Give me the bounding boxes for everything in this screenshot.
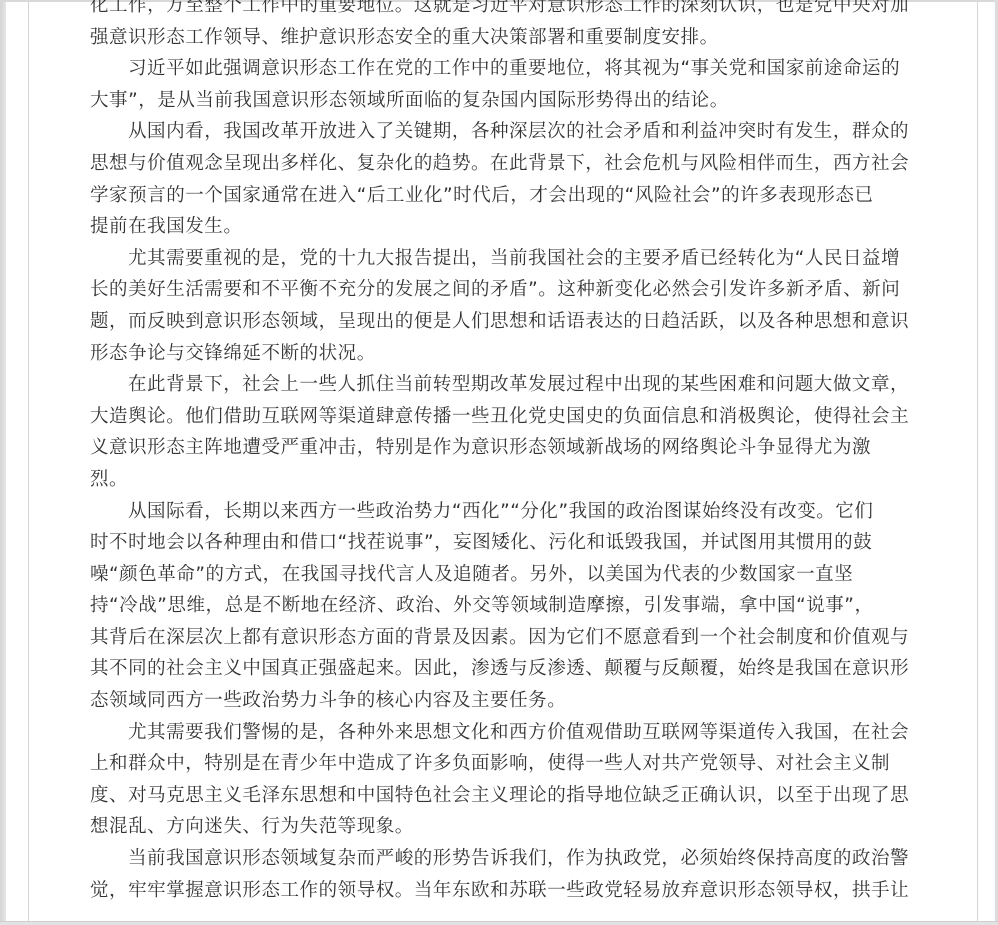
paragraph: 在此背景下，社会上一些人抓住当前转型期改革发展过程中出现的某些困难和问题大做文章… <box>90 369 920 495</box>
text-line: 时不时地会以各种理由和借口“找茬说事”，妄图矮化、污化和诋毁我国，并试图用其惯用… <box>90 527 920 559</box>
paragraph: 从国际看，长期以来西方一些政治势力“西化”“分化”我国的政治图谋始终没有改变。它… <box>90 496 920 717</box>
text-line: 强意识形态工作领导、维护意识形态安全的重大决策部署和重要制度安排。 <box>90 22 920 54</box>
text-line: 义意识形态主阵地遭受严重冲击，特别是作为意识形态领域新战场的网络舆论斗争显得尤为… <box>90 432 920 464</box>
text-line: 大造舆论。他们借助互联网等渠道肆意传播一些丑化党史国史的负面信息和消极舆论，使得… <box>90 401 920 433</box>
text-line: 习近平如此强调意识形态工作在党的工作中的重要地位，将其视为“事关党和国家前途命运… <box>90 53 920 85</box>
text-line: 形态争论与交锋绵延不断的状况。 <box>90 338 920 370</box>
text-line: 尤其需要重视的是，党的十九大报告提出，当前我国社会的主要矛盾已经转化为“人民日益… <box>90 243 920 275</box>
right-margin-guide <box>977 0 978 921</box>
text-line: 想混乱、方向迷失、行为失范等现象。 <box>90 811 920 843</box>
text-line: 在此背景下，社会上一些人抓住当前转型期改革发展过程中出现的某些困难和问题大做文章… <box>90 369 920 401</box>
text-line: 尤其需要我们警惕的是，各种外来思想文化和西方价值观借助互联网等渠道传入我国，在社… <box>90 717 920 749</box>
document-viewport: 化工作，万至整个工作中的重要地位。这就是习近平对意识形态工作的深刻认识，也是党中… <box>0 0 998 925</box>
text-line: 化工作，万至整个工作中的重要地位。这就是习近平对意识形态工作的深刻认识，也是党中… <box>90 0 920 22</box>
paragraph: 当前我国意识形态领域复杂而严峻的形势告诉我们，作为执政党，必须始终保持高度的政治… <box>90 843 920 906</box>
text-line: 从国内看，我国改革开放进入了关键期，各种深层次的社会矛盾和利益冲突时有发生，群众… <box>90 116 920 148</box>
text-line: 噪“颜色革命”的方式，在我国寻找代言人及追随者。另外，以美国为代表的少数国家一直… <box>90 559 920 591</box>
text-line: 大事”，是从当前我国意识形态领域所面临的复杂国内国际形势得出的结论。 <box>90 85 920 117</box>
left-margin-guide <box>28 0 29 921</box>
document-body: 化工作，万至整个工作中的重要地位。这就是习近平对意识形态工作的深刻认识，也是党中… <box>90 0 920 906</box>
text-line: 其背后在深层次上都有意识形态方面的背景及因素。因为它们不愿意看到一个社会制度和价… <box>90 622 920 654</box>
text-line: 学家预言的一个国家通常在进入“后工业化”时代后，才会出现的“风险社会”的许多表现… <box>90 180 920 212</box>
text-line: 思想与价值观念呈现出多样化、复杂化的趋势。在此背景下，社会危机与风险相伴而生，西… <box>90 148 920 180</box>
text-line: 当前我国意识形态领域复杂而严峻的形势告诉我们，作为执政党，必须始终保持高度的政治… <box>90 843 920 875</box>
left-window-edge <box>0 0 6 925</box>
text-line: 持“冷战”思维，总是不断地在经济、政治、外交等领域制造摩擦，引发事端，拿中国“说… <box>90 590 920 622</box>
text-line: 度、对马克思主义毛泽东思想和中国特色社会主义理论的指导地位缺乏正确认识，以至于出… <box>90 780 920 812</box>
text-line: 态领域同西方一些政治势力斗争的核心内容及主要任务。 <box>90 685 920 717</box>
text-line: 提前在我国发生。 <box>90 211 920 243</box>
paragraph: 尤其需要重视的是，党的十九大报告提出，当前我国社会的主要矛盾已经转化为“人民日益… <box>90 243 920 369</box>
text-line: 烈。 <box>90 464 920 496</box>
paragraph: 习近平如此强调意识形态工作在党的工作中的重要地位，将其视为“事关党和国家前途命运… <box>90 53 920 116</box>
paragraph: 化工作，万至整个工作中的重要地位。这就是习近平对意识形态工作的深刻认识，也是党中… <box>90 0 920 53</box>
text-line: 觉，牢牢掌握意识形态工作的领导权。当年东欧和苏联一些政党轻易放弃意识形态领导权，… <box>90 875 920 907</box>
text-line: 其不同的社会主义中国真正强盛起来。因此，渗透与反渗透、颠覆与反颠覆，始终是我国在… <box>90 653 920 685</box>
text-line: 题，而反映到意识形态领域，呈现出的便是人们思想和话语表达的日趋活跃，以及各种思想… <box>90 306 920 338</box>
paragraph: 从国内看，我国改革开放进入了关键期，各种深层次的社会矛盾和利益冲突时有发生，群众… <box>90 116 920 242</box>
text-line: 长的美好生活需要和不平衡不充分的发展之间的矛盾”。这种新变化必然会引发许多新矛盾… <box>90 274 920 306</box>
text-line: 上和群众中，特别是在青少年中造成了许多负面影响，使得一些人对共产党领导、对社会主… <box>90 748 920 780</box>
paragraph: 尤其需要我们警惕的是，各种外来思想文化和西方价值观借助互联网等渠道传入我国，在社… <box>90 717 920 843</box>
text-line: 从国际看，长期以来西方一些政治势力“西化”“分化”我国的政治图谋始终没有改变。它… <box>90 496 920 528</box>
bottom-page-border <box>0 921 998 925</box>
